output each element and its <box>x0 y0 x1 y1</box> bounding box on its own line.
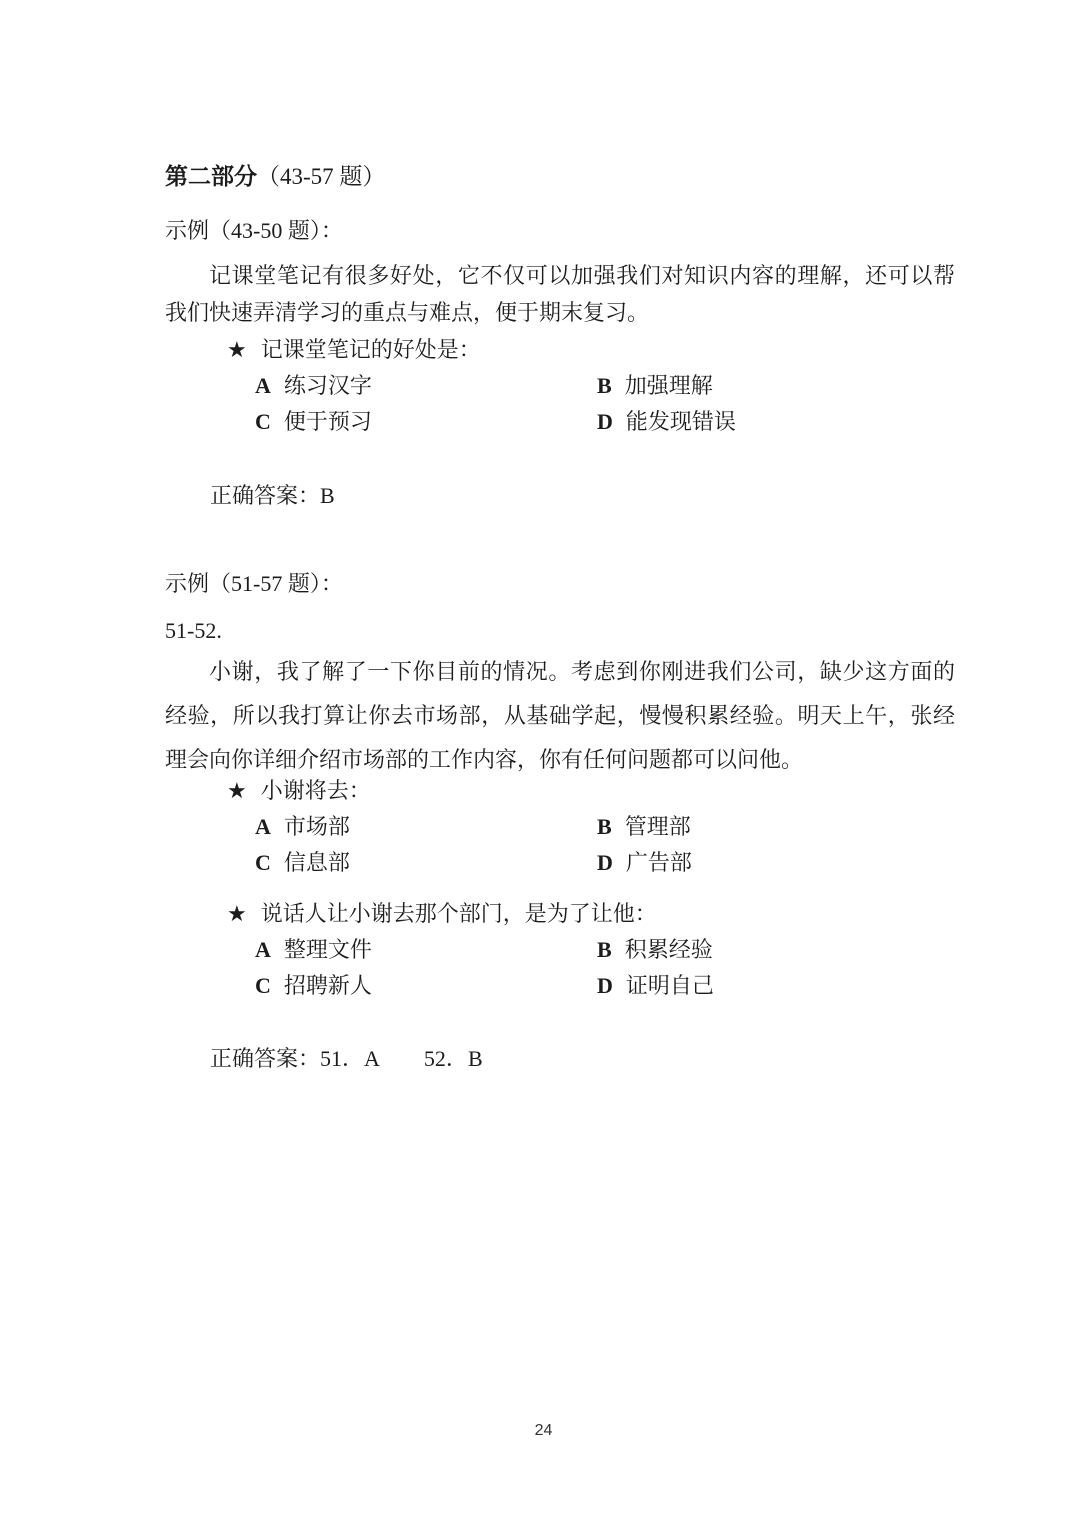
option-letter: A <box>255 932 271 968</box>
page-content: 第二部分（43-57 题） 示例（43-50 题）： 记课堂笔记有很多好处，它不… <box>165 158 955 1077</box>
example1-passage: 记课堂笔记有很多好处，它不仅可以加强我们对知识内容的理解，还可以帮我们快速弄清学… <box>165 257 955 331</box>
example2-answer-line: 正确答案： 51．A 52．B <box>165 1040 955 1077</box>
example1-label: 示例（43-50 题）： <box>165 212 955 249</box>
option-letter: A <box>255 368 271 404</box>
part-title: 第二部分 <box>165 164 257 189</box>
option-d: D 证明自己 <box>597 968 955 1004</box>
star-icon: ★ <box>227 331 247 368</box>
option-text: 整理文件 <box>284 932 372 968</box>
option-text: 信息部 <box>284 845 350 881</box>
option-text: 广告部 <box>626 845 692 881</box>
question-prompt: 记课堂笔记的好处是： <box>261 331 481 368</box>
answer-number: 52． <box>424 1046 468 1071</box>
exam-document-page: 第二部分（43-57 题） 示例（43-50 题）： 记课堂笔记有很多好处，它不… <box>0 0 1087 1536</box>
answer-value-51: 51．A <box>320 1040 380 1077</box>
example1-question: ★ 记课堂笔记的好处是： <box>165 331 955 368</box>
option-letter: D <box>597 404 613 440</box>
option-b: B 积累经验 <box>597 932 955 968</box>
option-letter: C <box>255 404 271 440</box>
option-c: C 便于预习 <box>255 404 597 440</box>
option-letter: B <box>597 368 612 404</box>
part-range: （43-57 题） <box>257 164 385 189</box>
option-text: 证明自己 <box>626 968 714 1004</box>
option-d: D 广告部 <box>597 845 955 881</box>
option-b: B 管理部 <box>597 809 955 845</box>
answer-letter: A <box>364 1046 380 1071</box>
star-icon: ★ <box>227 772 247 809</box>
option-text: 练习汉字 <box>284 368 372 404</box>
example2-label: 示例（51-57 题）： <box>165 565 955 602</box>
example2-passage: 小谢，我了解了一下你目前的情况。考虑到你刚进我们公司，缺少这方面的经验，所以我打… <box>165 650 955 782</box>
answer-label: 正确答案： <box>210 1040 320 1077</box>
option-a: A 整理文件 <box>255 932 597 968</box>
question-prompt: 说话人让小谢去那个部门，是为了让他： <box>261 895 657 932</box>
part-header: 第二部分（43-57 题） <box>165 158 955 195</box>
answer-number: 51． <box>320 1046 364 1071</box>
option-letter: D <box>597 845 613 881</box>
option-d: D 能发现错误 <box>597 404 955 440</box>
option-text: 便于预习 <box>284 404 372 440</box>
example1-answer-line: 正确答案： B <box>165 477 955 514</box>
option-text: 加强理解 <box>625 368 713 404</box>
option-letter: C <box>255 845 271 881</box>
example2-question1-options: A 市场部 B 管理部 C 信息部 D 广告部 <box>165 809 955 881</box>
option-a: A 练习汉字 <box>255 368 597 404</box>
answer-value-52: 52．B <box>424 1040 483 1077</box>
option-text: 市场部 <box>284 809 350 845</box>
option-c: C 招聘新人 <box>255 968 597 1004</box>
answer-value: B <box>320 477 335 514</box>
example1-options: A 练习汉字 B 加强理解 C 便于预习 D 能发现错误 <box>165 368 955 440</box>
example2-question2-options: A 整理文件 B 积累经验 C 招聘新人 D 证明自己 <box>165 932 955 1004</box>
item-number: 51-52. <box>165 612 955 649</box>
page-number: 24 <box>0 1422 1087 1440</box>
option-text: 积累经验 <box>625 932 713 968</box>
option-text: 招聘新人 <box>284 968 372 1004</box>
example2-question2: ★ 说话人让小谢去那个部门，是为了让他： <box>165 895 955 932</box>
option-b: B 加强理解 <box>597 368 955 404</box>
question-prompt: 小谢将去： <box>261 772 371 809</box>
option-letter: D <box>597 968 613 1004</box>
option-a: A 市场部 <box>255 809 597 845</box>
option-letter: B <box>597 932 612 968</box>
option-letter: C <box>255 968 271 1004</box>
option-c: C 信息部 <box>255 845 597 881</box>
option-text: 能发现错误 <box>626 404 736 440</box>
option-letter: A <box>255 809 271 845</box>
answer-letter: B <box>468 1046 483 1071</box>
answer-label: 正确答案： <box>210 477 320 514</box>
star-icon: ★ <box>227 895 247 932</box>
option-text: 管理部 <box>625 809 691 845</box>
option-letter: B <box>597 809 612 845</box>
